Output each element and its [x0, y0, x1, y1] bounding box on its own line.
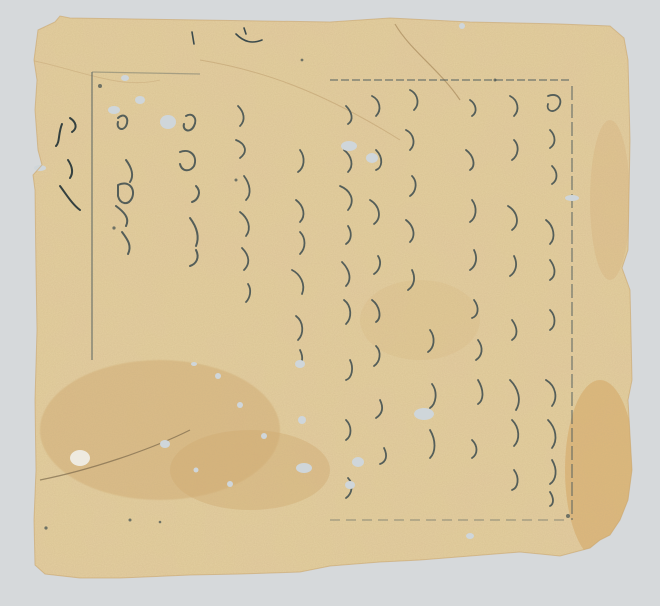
paper-fleck — [70, 450, 90, 466]
paper — [0, 0, 660, 606]
photograph — [0, 0, 660, 606]
manuscript-page — [0, 0, 660, 606]
